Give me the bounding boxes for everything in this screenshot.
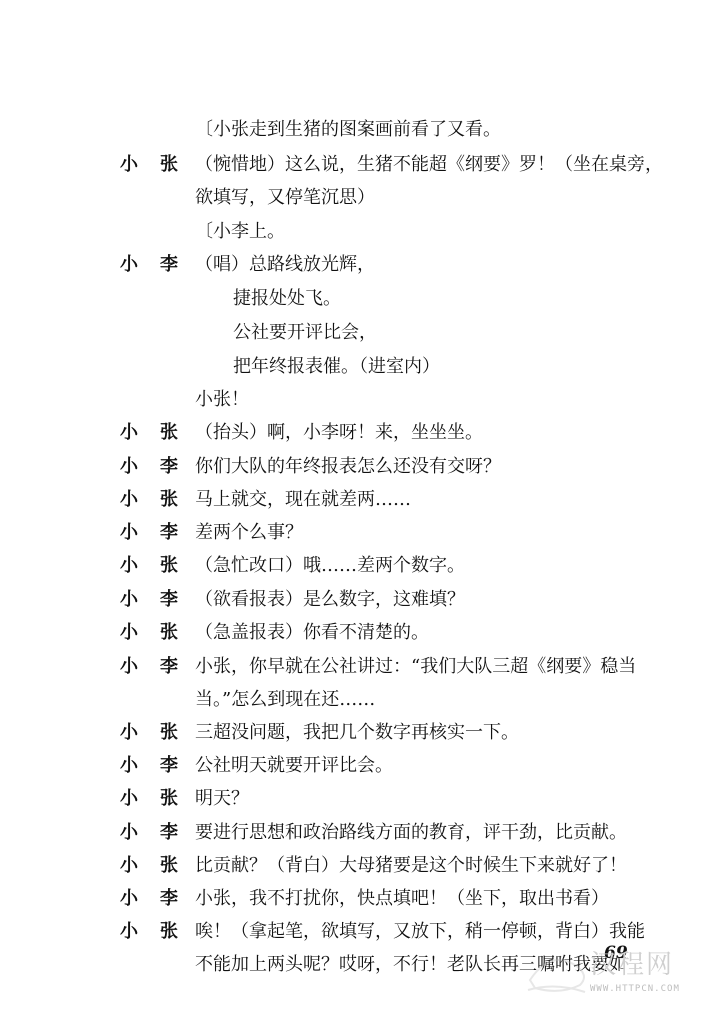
line-text: 〔小李上。 [195, 217, 285, 247]
speaker-name: 小张 [120, 618, 190, 648]
speaker-name: 小李 [120, 585, 190, 615]
speaker-name: 小李 [120, 518, 190, 548]
speaker-name: 小张 [120, 150, 190, 180]
line-text: 三超没问题，我把几个数字再核实一下。 [195, 718, 519, 748]
book-page: 〔小张走到生猪的图案画前看了又看。小张（惋惜地）这么说，生猪不能超《纲要》罗！（… [0, 0, 710, 1014]
speaker-name: 小李 [120, 652, 190, 682]
line-text: 明天？ [195, 784, 249, 814]
line-text: 公社要开评比会， [233, 318, 377, 348]
speaker-name: 小张 [120, 917, 190, 947]
line-text: 捷报处处飞。 [233, 284, 341, 314]
watermark-text: 汉程网 [590, 944, 674, 981]
speaker-name: 小李 [120, 884, 190, 914]
line-text: 〔小张走到生猪的图案画前看了又看。 [195, 115, 501, 145]
line-text: （唱）总路线放光辉， [195, 250, 375, 280]
speaker-name: 小李 [120, 452, 190, 482]
line-text: 小张！ [195, 385, 249, 415]
watermark-url: WWW.HTTPCN.COM [590, 984, 680, 994]
line-text: 马上就交，现在就差两…… [195, 485, 411, 515]
speaker-name: 小张 [120, 551, 190, 581]
speaker-name: 小张 [120, 485, 190, 515]
speaker-name: 小李 [120, 250, 190, 280]
line-text: 小张，我不打扰你，快点填吧！（坐下，取出书看） [195, 884, 609, 914]
line-text: 你们大队的年终报表怎么还没有交呀？ [195, 452, 501, 482]
speaker-name: 小张 [120, 851, 190, 881]
line-text: 小张，你早就在公社讲过：“我们大队三超《纲要》稳当 [195, 652, 636, 682]
line-text: （抬头）啊，小李呀！来，坐坐坐。 [195, 418, 483, 448]
speaker-name: 小张 [120, 718, 190, 748]
line-text: （欲看报表）是么数字，这难填？ [195, 585, 465, 615]
speaker-name: 小张 [120, 418, 190, 448]
line-text: 当。”怎么到现在还…… [195, 685, 375, 715]
line-text: （急盖报表）你看不清楚的。 [195, 618, 429, 648]
speaker-name: 小李 [120, 818, 190, 848]
line-text: 比贡献？（背白）大母猪要是这个时候生下来就好了！ [195, 851, 627, 881]
line-text: 公社明天就要开评比会。 [195, 751, 393, 781]
line-text: 把年终报表催。（进室内） [233, 352, 440, 382]
speaker-name: 小张 [120, 784, 190, 814]
line-text: （惋惜地）这么说，生猪不能超《纲要》罗！（坐在桌旁， [195, 150, 663, 180]
line-text: 差两个么事？ [195, 518, 303, 548]
speaker-name: 小李 [120, 751, 190, 781]
line-text: （急忙改口）哦……差两个数字。 [195, 551, 465, 581]
line-text: 要进行思想和政治路线方面的教育，评干劲，比贡献。 [195, 818, 627, 848]
line-text: 欲填写，又停笔沉思） [195, 183, 375, 213]
